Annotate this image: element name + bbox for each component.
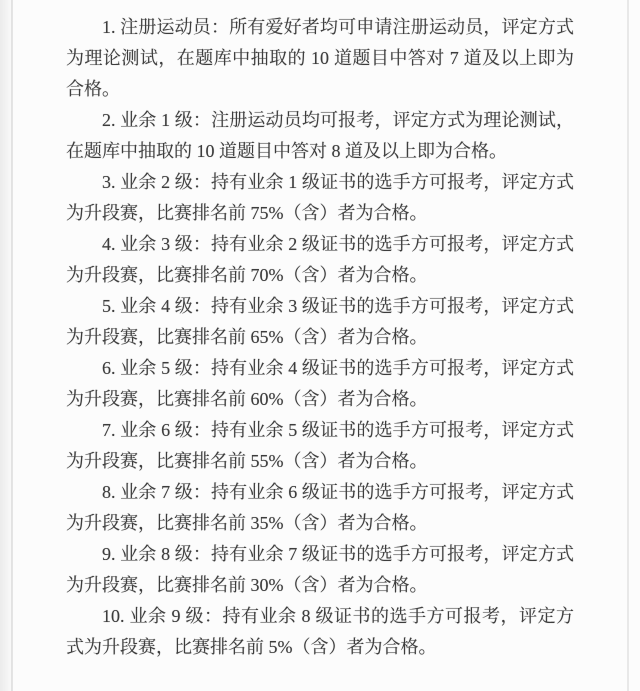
paragraph-amateur-level-3: 4. 业余 3 级：持有业余 2 级证书的选手方可报考，评定方式为升段赛，比赛排… <box>66 229 574 291</box>
paragraph-amateur-level-5: 6. 业余 5 级：持有业余 4 级证书的选手方可报考，评定方式为升段赛，比赛排… <box>66 353 574 415</box>
document-text-block: 1. 注册运动员：所有爱好者均可申请注册运动员，评定方式为理论测试，在题库中抽取… <box>66 12 574 663</box>
paragraph-amateur-level-8: 9. 业余 8 级：持有业余 7 级证书的选手方可报考，评定方式为升段赛，比赛排… <box>66 539 574 601</box>
paragraph-amateur-level-9: 10. 业余 9 级：持有业余 8 级证书的选手方可报考，评定方式为升段赛，比赛… <box>66 601 574 663</box>
paragraph-amateur-level-1: 2. 业余 1 级：注册运动员均可报考，评定方式为理论测试，在题库中抽取的 10… <box>66 105 574 167</box>
paragraph-amateur-level-7: 8. 业余 7 级：持有业余 6 级证书的选手方可报考，评定方式为升段赛，比赛排… <box>66 477 574 539</box>
paragraph-amateur-level-4: 5. 业余 4 级：持有业余 3 级证书的选手方可报考，评定方式为升段赛，比赛排… <box>66 291 574 353</box>
paragraph-amateur-level-6: 7. 业余 6 级：持有业余 5 级证书的选手方可报考，评定方式为升段赛，比赛排… <box>66 415 574 477</box>
scan-right-edge-line <box>627 0 629 691</box>
paragraph-registered-athlete: 1. 注册运动员：所有爱好者均可申请注册运动员，评定方式为理论测试，在题库中抽取… <box>66 12 574 105</box>
scan-left-edge-line <box>11 0 13 691</box>
paragraph-amateur-level-2: 3. 业余 2 级：持有业余 1 级证书的选手方可报考，评定方式为升段赛，比赛排… <box>66 167 574 229</box>
document-page: 1. 注册运动员：所有爱好者均可申请注册运动员，评定方式为理论测试，在题库中抽取… <box>0 0 640 691</box>
